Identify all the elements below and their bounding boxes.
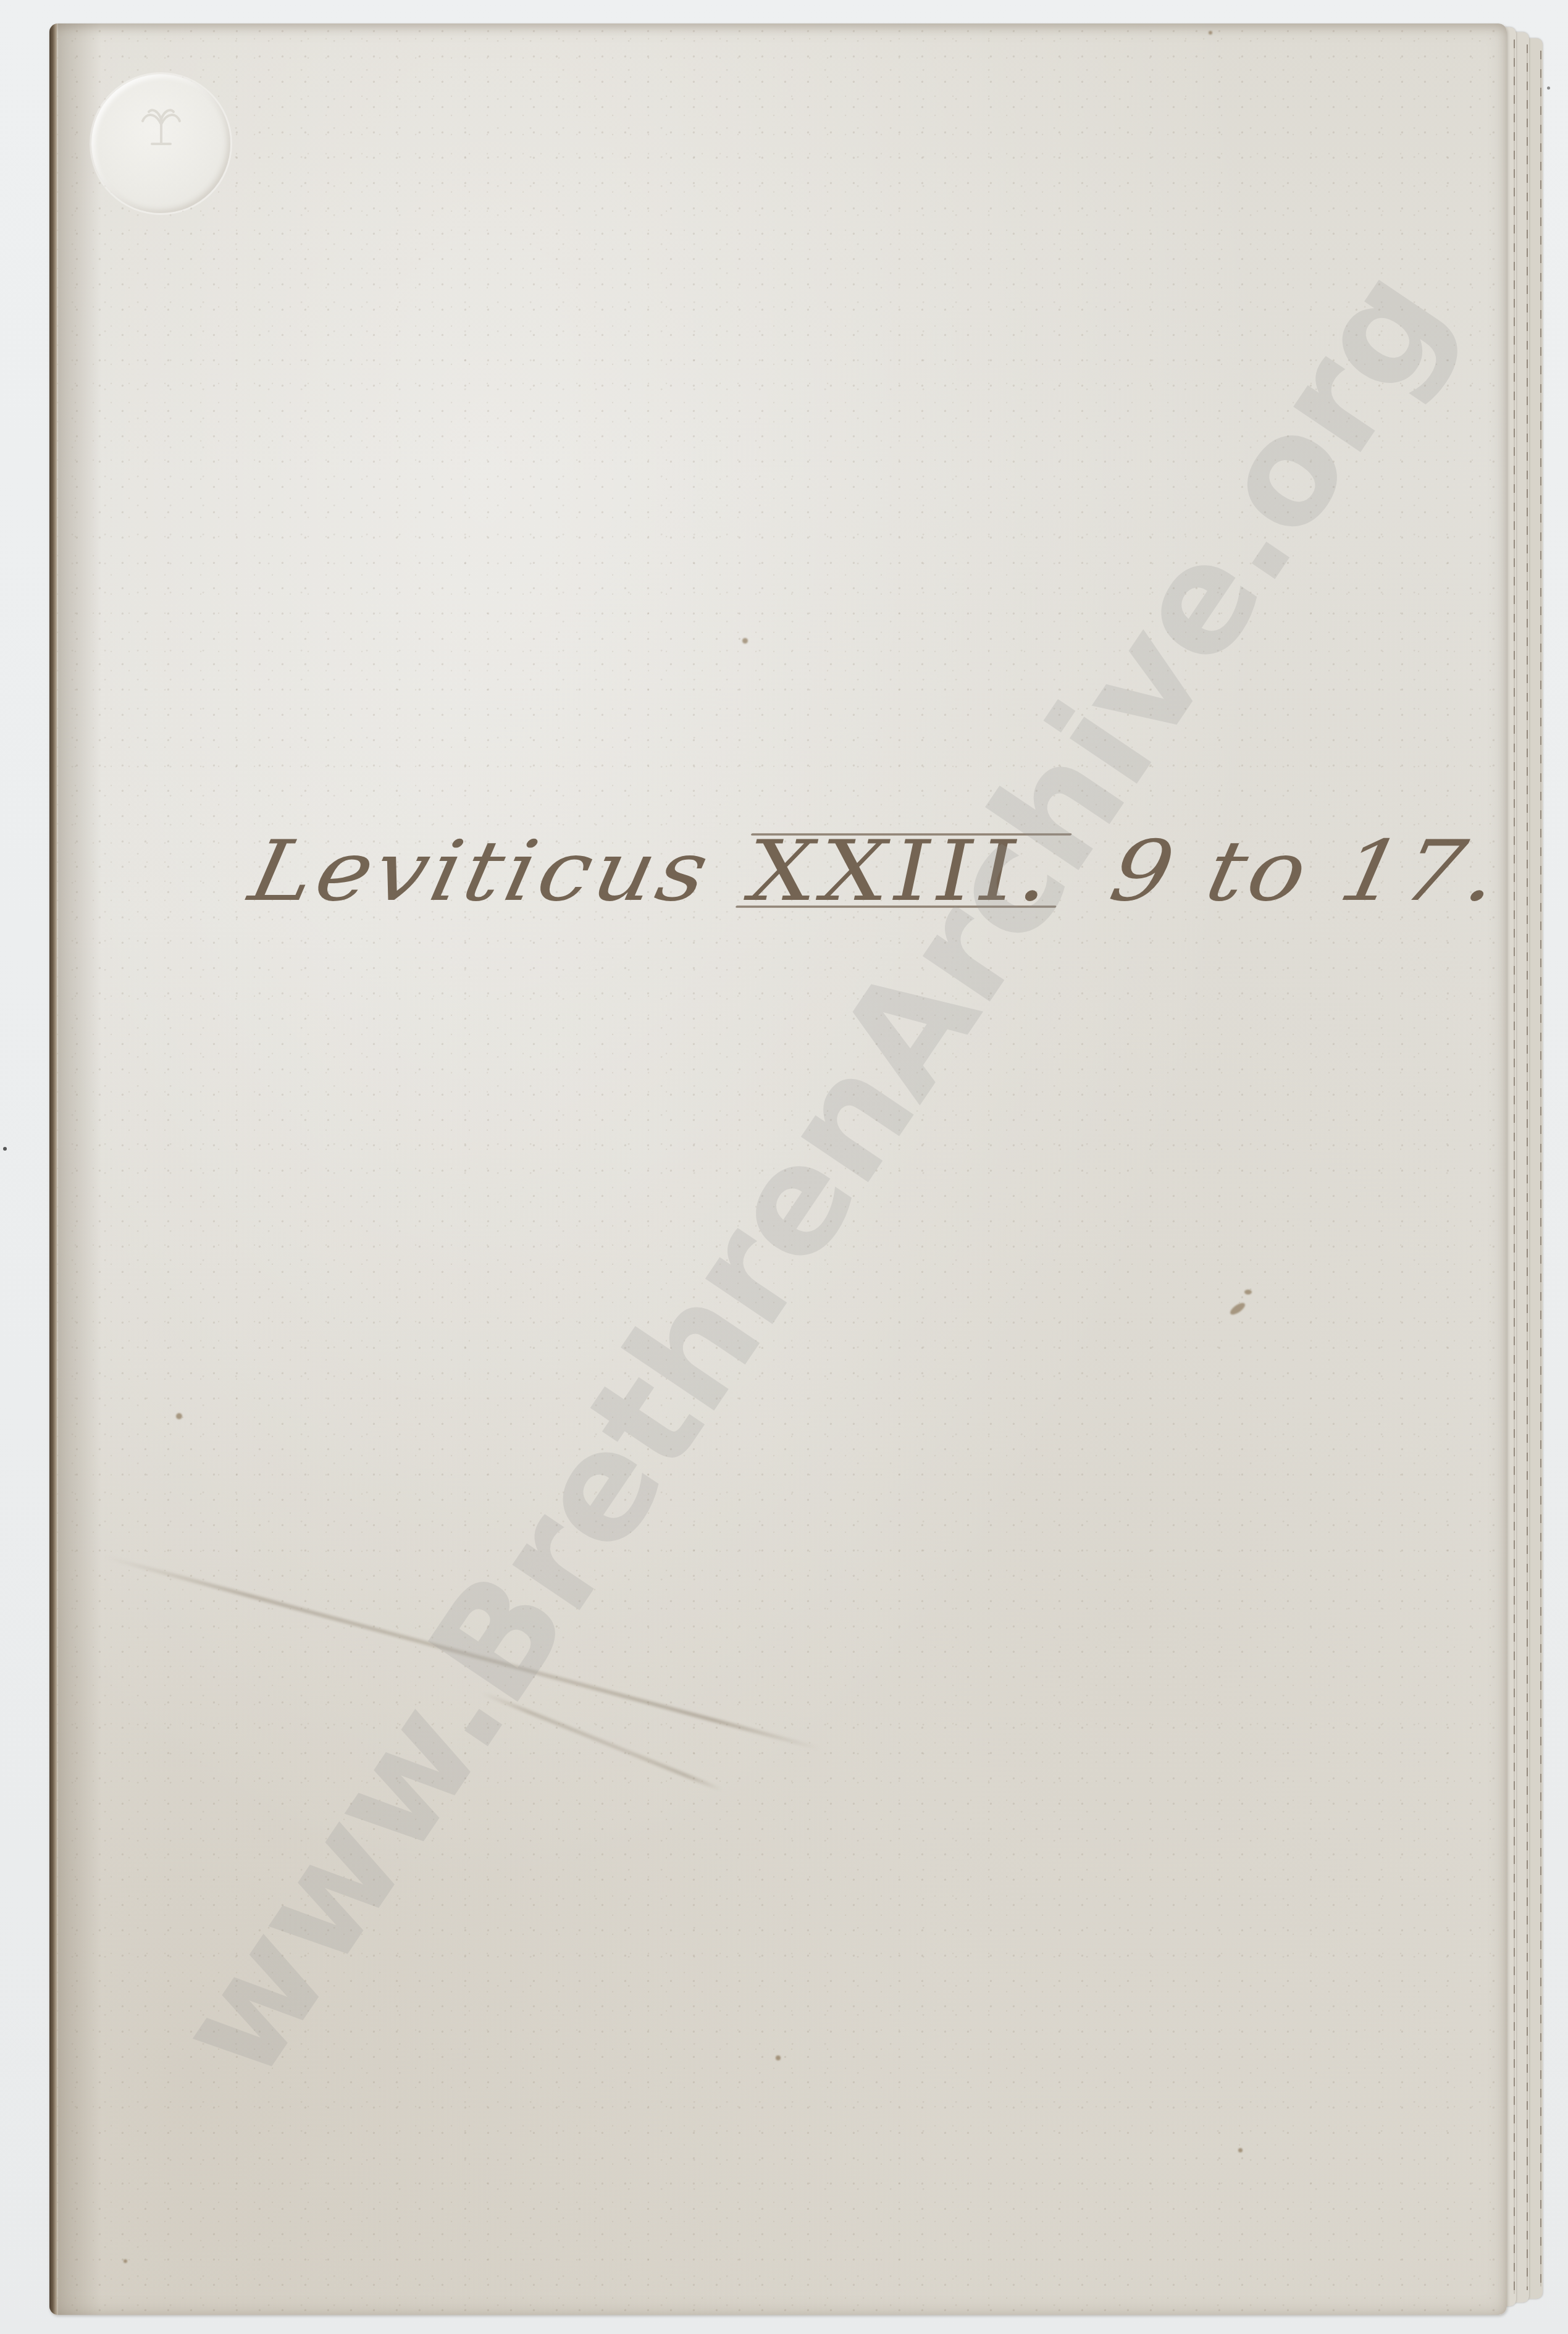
pamphlet-cover: Leviticus XXIII. 9 to 17. . bbox=[49, 23, 1507, 2315]
inscription-text: Leviticus XXIII. 9 to 17. . bbox=[242, 823, 1507, 920]
foxing-spot bbox=[1209, 31, 1212, 35]
paper-texture bbox=[49, 23, 1507, 2315]
spine-binding bbox=[49, 23, 58, 2315]
spine-shadow bbox=[58, 23, 101, 2315]
foxing-spot bbox=[176, 1413, 182, 1419]
page-edge-line bbox=[1540, 51, 1541, 2286]
embossed-seal bbox=[91, 74, 230, 213]
handwritten-inscription: Leviticus XXIII. 9 to 17. . bbox=[262, 799, 1467, 959]
foxing-spot bbox=[1238, 2148, 1243, 2152]
inscription-verses: 9 to 17 bbox=[1102, 823, 1478, 920]
inscription-book: Leviticus bbox=[242, 823, 720, 920]
foxing-spot bbox=[742, 638, 748, 644]
page-edge-line bbox=[1514, 40, 1515, 2294]
foxing-spot bbox=[776, 2055, 781, 2060]
page-edge-line bbox=[1527, 44, 1528, 2290]
foxing-spot bbox=[1244, 1290, 1252, 1295]
foxing-spot bbox=[124, 2259, 127, 2263]
scan-dust-speck bbox=[1547, 86, 1550, 90]
inscription-chapter: XXIII. bbox=[732, 823, 1073, 920]
seal-emblem-icon bbox=[133, 106, 189, 149]
scan-dust-speck bbox=[3, 1147, 7, 1151]
